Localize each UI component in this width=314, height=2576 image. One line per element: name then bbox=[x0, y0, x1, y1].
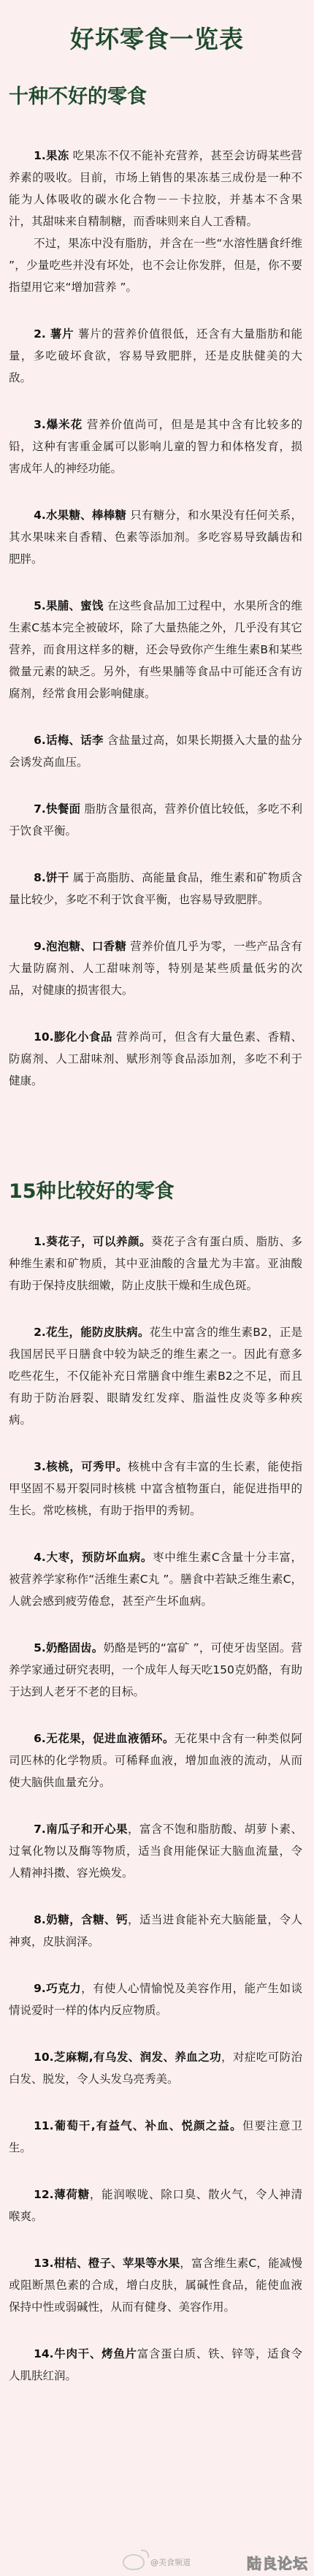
item-name: 9.泡泡糖、口香糖 bbox=[34, 940, 126, 953]
good-item-4: 4.大枣，预防坏血病。枣中维生素C含量十分丰富，被营养学家称作“活维生素C丸 ”… bbox=[9, 1546, 305, 1612]
item-name: 6.话梅、话李 bbox=[34, 734, 104, 747]
bad-item-7: 7.快餐面 脂肪含量很高，营养价值比较低，多吃不利于饮食平衡。 bbox=[9, 798, 305, 842]
item-name: 7.快餐面 bbox=[34, 802, 80, 816]
good-snacks-section: 15种比较好的零食 1.葵花子，可以养颜。葵花子含有蛋白质、脂肪、多种维生素和矿… bbox=[9, 1179, 305, 2387]
bad-item-6: 6.话梅、话李 含盐量过高，如果长期摄入大量的盐分会诱发高血压。 bbox=[9, 729, 305, 773]
item-name: 5.果脯、蜜饯 bbox=[34, 599, 104, 612]
item-name: 3.爆米花 bbox=[34, 418, 83, 431]
item-name: 11.葡萄干,有益气、补血、悦颜之益。 bbox=[34, 2119, 242, 2132]
good-item-11: 11.葡萄干,有益气、补血、悦颜之益。但要注意卫生。 bbox=[9, 2115, 305, 2159]
section-heading-good: 15种比较好的零食 bbox=[9, 1179, 305, 1204]
weibo-icon bbox=[123, 2554, 145, 2570]
item-name: 8.奶糖，含糖、钙 bbox=[34, 1913, 128, 1926]
good-item-12: 12.薄荷糖，能润喉咙、除口臭、散火气，令人神清喉爽。 bbox=[9, 2184, 305, 2227]
item-name: 10.芝麻糊,有乌发、润发、养血之功 bbox=[34, 2051, 221, 2064]
item-name: 8.饼干 bbox=[34, 871, 69, 884]
item-name: 2. 薯片 bbox=[34, 327, 74, 341]
page-title: 好坏零食一览表 bbox=[9, 0, 305, 69]
item-text: 在这些食品加工过程中，水果所含的维生素C基本完全被破坏，除了大量热能之外，几乎没… bbox=[9, 599, 302, 700]
item-name: 1.果冻 bbox=[34, 149, 69, 162]
bad-item-1: 1.果冻 吃果冻不仅不能补充营养，甚至会访碍某些营养素的吸收。目前，市场上销售的… bbox=[9, 145, 305, 298]
item-name: 9.巧克力 bbox=[34, 1982, 81, 1995]
bad-item-9: 9.泡泡糖、口香糖 营养价值几乎为零，一些产品含有大量防腐剂、人工甜味剂等，特别… bbox=[9, 935, 305, 1001]
bad-item-5: 5.果脯、蜜饯 在这些食品加工过程中，水果所含的维生素C基本完全被破坏，除了大量… bbox=[9, 595, 305, 704]
bad-item-8: 8.饼干 属于高脂肪、高能量食品，维生素和矿物质含量比较少，多吃不利于饮食平衡，… bbox=[9, 867, 305, 911]
item-name: 14.牛肉干、烤鱼片 bbox=[34, 2347, 137, 2360]
good-item-7: 7.南瓜子和开心果，富含不饱和脂肪酸、胡萝卜素、过氧化物以及酶等物质，适当食用能… bbox=[9, 1818, 305, 1884]
item-text: 花生中富含的维生素B2，正是我国居民平日膳食中较为缺乏的维生素之一。因此有意多吃… bbox=[9, 1326, 302, 1426]
bad-item-3: 3.爆米花 营养价值尚可，但是是其中含有比较多的铅，这种有害重金属可以影响儿童的… bbox=[9, 414, 305, 479]
item-name: 2.花生，能防皮肤病。 bbox=[34, 1326, 150, 1339]
item-name: 3.核桃，可秀甲。 bbox=[34, 1460, 128, 1473]
section-heading-bad: 十种不好的零食 bbox=[9, 85, 305, 110]
article: 好坏零食一览表 十种不好的零食 1.果冻 吃果冻不仅不能补充营养，甚至会访碍某些… bbox=[0, 0, 314, 2387]
bad-item-2: 2. 薯片 薯片的营养价值很低，还含有大量脂肪和能量，多吃破坏食欲，容易导致肥胖… bbox=[9, 323, 305, 389]
good-item-1: 1.葵花子，可以养颜。葵花子含有蛋白质、脂肪、多种维生素和矿物质，其中亚油酸的含… bbox=[9, 1231, 305, 1296]
item-name: 12.薄荷糖 bbox=[34, 2188, 90, 2201]
good-item-8: 8.奶糖，含糖、钙，适当进食能补充大脑能量，令人神爽，皮肤润泽。 bbox=[9, 1909, 305, 1953]
bad-item-4: 4.水果糖、棒棒糖 只有糖分，和水果没有任何关系，其水果味来自香精、色素等添加剂… bbox=[9, 504, 305, 570]
bad-snacks-section: 十种不好的零食 1.果冻 吃果冻不仅不能补充营养，甚至会访碍某些营养素的吸收。目… bbox=[9, 85, 305, 1092]
good-item-14: 14.牛肉干、烤鱼片富含蛋白质、铁、锌等，适食令人肌肤红润。 bbox=[9, 2343, 305, 2387]
good-item-3: 3.核桃，可秀甲。核桃中含有丰富的生长素，能使指甲坚固不易开裂同时核桃 中富含植… bbox=[9, 1456, 305, 1521]
good-item-6: 6.无花果，促进血液循环。无花果中含有一种类似阿司匹林的化学物质。可稀释血液，增… bbox=[9, 1728, 305, 1793]
item-name: 4.大枣，预防坏血病。 bbox=[34, 1551, 153, 1564]
item-name: 7.南瓜子和开心果 bbox=[34, 1823, 128, 1836]
item-name: 13.柑桔、橙子、苹果等水果 bbox=[34, 2257, 180, 2270]
item-name: 6.无花果，促进血液循环。 bbox=[34, 1732, 175, 1745]
item-name: 1.葵花子，可以养颜。 bbox=[34, 1235, 151, 1248]
weibo-handle: @美食频道 bbox=[150, 2556, 191, 2568]
good-item-10: 10.芝麻糊,有乌发、润发、养血之功，对症吃可防治白发、脱发，令人头发乌亮秀美。 bbox=[9, 2046, 305, 2090]
item-name: 4.水果糖、棒棒糖 bbox=[34, 509, 126, 522]
item-name: 5.奶酪固齿。 bbox=[34, 1641, 103, 1654]
weibo-watermark: @美食频道 bbox=[123, 2554, 191, 2570]
good-item-2: 2.花生，能防皮肤病。花生中富含的维生素B2，正是我国居民平日膳食中较为缺乏的维… bbox=[9, 1321, 305, 1431]
good-item-13: 13.柑桔、橙子、苹果等水果，富含维生素C，能减慢或阻断黑色素的合成，增白皮肤，… bbox=[9, 2252, 305, 2318]
forum-logo: 陆良论坛 bbox=[247, 2552, 308, 2573]
good-item-9: 9.巧克力，有使人心情愉悦及美容作用，能产生如谈情说爱时一样的体内反应物质。 bbox=[9, 1977, 305, 2021]
item-extra-paragraph: 不过，果冻中没有脂肪，并含在一些“水溶性膳食纤维 ”，少量吃些并没有坏处，也不会… bbox=[9, 232, 302, 298]
good-item-5: 5.奶酪固齿。奶酪是钙的“富矿 ”，可使牙齿坚固。营养学家通过研究表明，一个成年… bbox=[9, 1637, 305, 1703]
item-name: 10.膨化小食品 bbox=[34, 1030, 112, 1044]
bad-item-10: 10.膨化小食品 营养尚可，但含有大量色素、香精、防腐剂、人工甜味剂、赋形剂等食… bbox=[9, 1026, 305, 1092]
section-spacer bbox=[9, 1117, 305, 1179]
